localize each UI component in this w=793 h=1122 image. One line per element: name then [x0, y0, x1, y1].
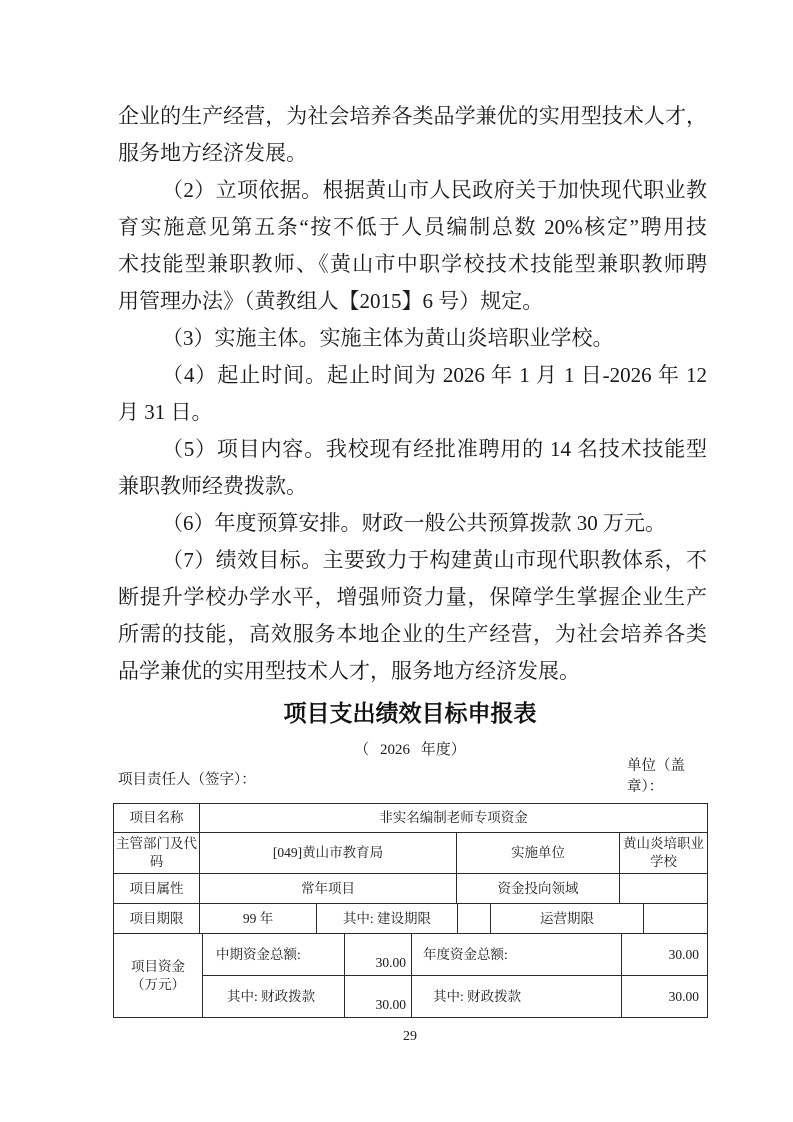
cell-mid-fiscal-label: 其中: 财政拨款 — [203, 976, 345, 1018]
cell-build-label: 其中: 建设期限 — [317, 904, 458, 934]
table-subrow: 其中: 财政拨款 30.00 其中: 财政拨款 30.00 — [203, 976, 708, 1018]
cell-mid-total-label: 中期资金总额: — [203, 934, 345, 976]
document-page: 企业的生产经营，为社会培养各类品学兼优的实用型技术人才， 服务地方经济发展。 （… — [0, 0, 793, 1122]
cell-impl-unit-value: 黄山炎培职业学校 — [620, 833, 708, 874]
cell-operate-value — [644, 904, 708, 934]
body-line: （7）绩效目标。主要致力于构建黄山市现代职教体系，不 — [118, 542, 707, 579]
cell-build-value — [458, 904, 491, 934]
cell-funds-label: 项目资金 （万元） — [114, 934, 203, 1018]
body-line: （2）立项依据。根据黄山市人民政府关于加快现代职业教 — [118, 172, 707, 209]
body-line: 服务地方经济发展。 — [118, 135, 707, 172]
project-declaration-table: 项目名称 非实名编制老师专项资金 主管部门及代码 [049]黄山市教育局 实施单… — [113, 803, 708, 1018]
cell-impl-unit-label: 实施单位 — [457, 833, 620, 874]
cell-project-name-label: 项目名称 — [114, 804, 200, 833]
cell-duration-label: 项目期限 — [114, 904, 200, 934]
cell-project-name-value: 非实名编制老师专项资金 — [200, 804, 708, 833]
cell-operate-label: 运营期限 — [491, 904, 644, 934]
body-line: （5）项目内容。我校现有经批准聘用的 14 名技术技能型 — [118, 431, 707, 468]
cell-duration-value: 99 年 — [200, 904, 317, 934]
cell-annual-fiscal-value: 30.00 — [622, 976, 708, 1018]
table-row: 项目资金 （万元） 中期资金总额: 30.00 年度资金总额: 30.00 其中… — [114, 934, 708, 1018]
cell-annual-total-value: 30.00 — [622, 934, 708, 976]
table-row: 主管部门及代码 [049]黄山市教育局 实施单位 黄山炎培职业学校 — [114, 833, 708, 874]
body-line: 所需的技能，高效服务本地企业的生产经营，为社会培养各类 — [118, 616, 707, 653]
body-line: 月 31 日。 — [118, 394, 707, 431]
cell-invest-label: 资金投向领域 — [457, 874, 620, 904]
body-line: 企业的生产经营，为社会培养各类品学兼优的实用型技术人才， — [118, 98, 707, 135]
body-line: 用管理办法》（黄教组人【2015】6 号）规定。 — [118, 283, 707, 320]
cell-attribute-value: 常年项目 — [200, 874, 457, 904]
cell-invest-value — [620, 874, 708, 904]
body-line: （6）年度预算安排。财政一般公共预算拨款 30 万元。 — [118, 505, 707, 542]
table-row: 项目期限 99 年 其中: 建设期限 运营期限 — [114, 904, 708, 934]
body-line: 兼职教师经费拨款。 — [118, 468, 707, 505]
table-row: 项目属性 常年项目 资金投向领域 — [114, 874, 708, 904]
signer-label: 项目责任人（签字）： — [118, 770, 256, 790]
cell-annual-fiscal-label: 其中: 财政拨款 — [412, 976, 622, 1018]
report-title: 项目支出绩效目标申报表 — [113, 698, 707, 728]
body-line: （3）实施主体。实施主体为黄山炎培职业学校。 — [118, 320, 707, 357]
body-line: 术技能型兼职教师、《黄山市中职学校技术技能型兼职教师聘 — [118, 246, 707, 283]
body-line: 断提升学校办学水平，增强师资力量，保障学生掌握企业生产 — [118, 579, 707, 616]
funds-label-line2: （万元） — [131, 976, 185, 994]
cell-department-value: [049]黄山市教育局 — [200, 833, 457, 874]
body-line: 育实施意见第五条“按不低于人员编制总数 20%核定”聘用技 — [118, 209, 707, 246]
funds-label-line1: 项目资金 — [131, 958, 185, 976]
year-label: （ 2026 年度） — [113, 740, 707, 760]
body-line: 品学兼优的实用型技术人才，服务地方经济发展。 — [118, 653, 707, 690]
cell-annual-total-label: 年度资金总额: — [412, 934, 622, 976]
table-subrow: 中期资金总额: 30.00 年度资金总额: 30.00 — [203, 934, 708, 976]
unit-seal-label: 单位（盖章）： — [627, 756, 691, 798]
cell-mid-fiscal-value: 30.00 — [345, 976, 412, 1018]
cell-attribute-label: 项目属性 — [114, 874, 200, 904]
body-line: （4）起止时间。起止时间为 2026 年 1 月 1 日-2026 年 12 — [118, 357, 707, 394]
page-number: 29 — [113, 1029, 707, 1045]
cell-department-label: 主管部门及代码 — [114, 833, 200, 874]
body-text-block: 企业的生产经营，为社会培养各类品学兼优的实用型技术人才， 服务地方经济发展。 （… — [118, 98, 707, 690]
cell-mid-total-value: 30.00 — [345, 934, 412, 976]
table-row: 项目名称 非实名编制老师专项资金 — [114, 804, 708, 833]
